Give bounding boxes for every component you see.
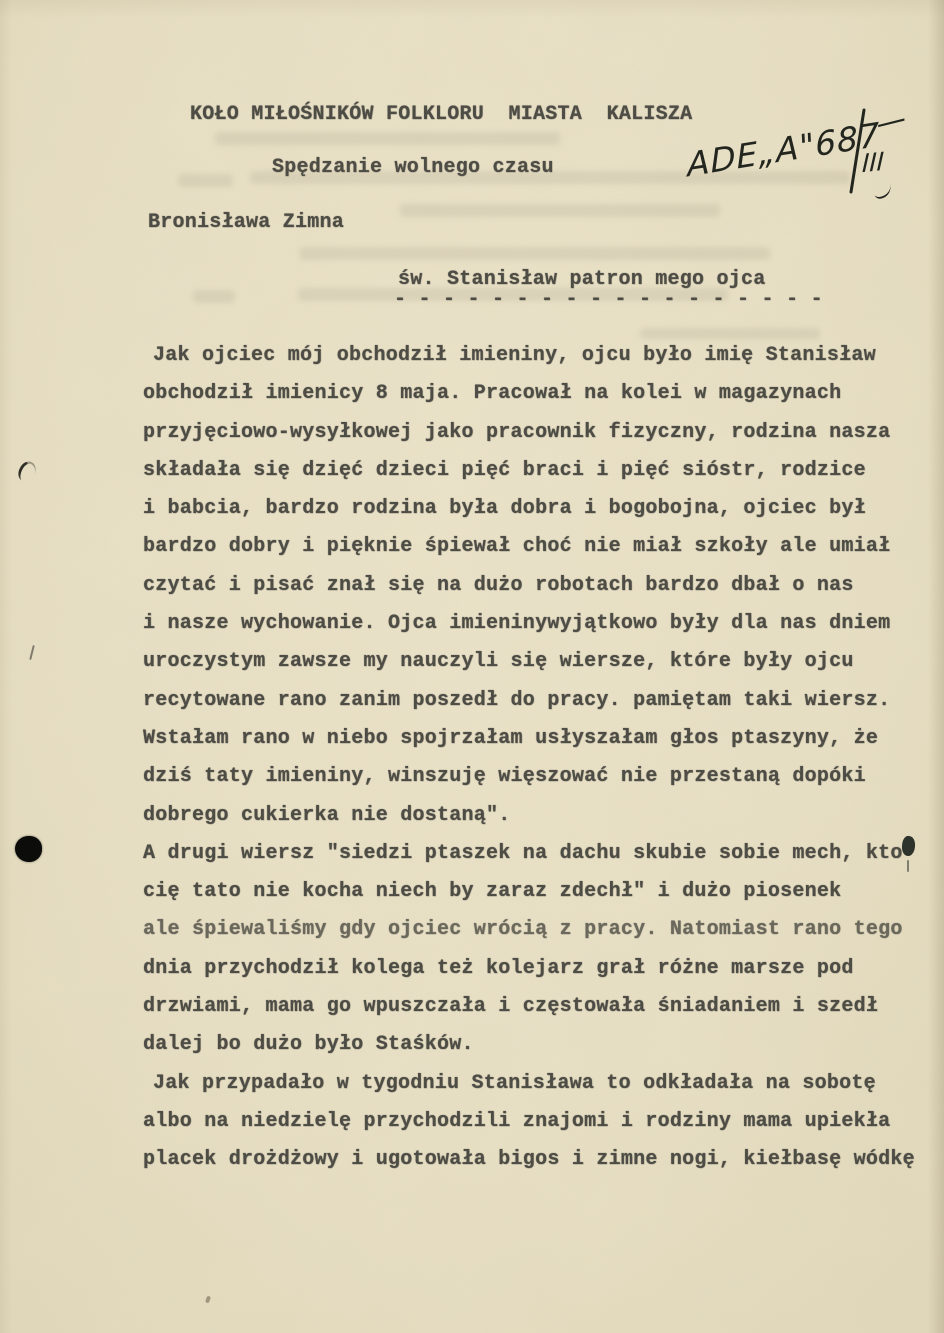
hole-punch-mark [15,836,42,862]
bleedthrough-line [400,204,720,217]
body-line: dobrego cukierka nie dostaną". [143,804,511,828]
body-line: drzwiami, mama go wpuszczała i częstował… [143,995,878,1019]
body-line: i nasze wychowanie. Ojca imieninywyjątko… [143,612,890,636]
scanned-document-page: KOŁO MIŁOŚNIKÓW FOLKLORU MIASTA KALISZA … [0,0,944,1333]
document-subheader: Spędzanie wolnego czasu [272,156,554,180]
body-line: przyjęciowo-wysyłkowej jako pracownik fi… [143,421,890,445]
bleedthrough-line [193,290,235,303]
body-line: recytowane rano zanim poszedł do pracy. … [143,689,890,713]
annotation-fraction-bottom: III [862,147,885,179]
bleedthrough-line [640,328,820,339]
body-line: placek drożdżowy i ugotowała bigos i zim… [143,1148,915,1172]
body-line: A drugi wiersz "siedzi ptaszek na dachu … [143,842,903,866]
body-line: ale śpiewaliśmy gdy ojciec wrócią z prac… [143,918,903,942]
body-line: Jak przypadało w tygodniu Stanisława to … [143,1072,876,1096]
author-name: Bronisława Zimna [148,211,344,235]
body-line: albo na niedzielę przychodzili znajomi i… [143,1110,890,1134]
margin-tick-mark [29,645,35,660]
body-line: bardzo dobry i pięknie śpiewał choć nie … [143,535,890,559]
body-line: Wstałam rano w niebo spojrzałam usłyszał… [143,727,878,751]
body-line: składała się dzięć dzieci pięć braci i p… [143,459,866,483]
body-line: dalej bo dużo było Staśków. [143,1033,474,1057]
document-header: KOŁO MIŁOŚNIKÓW FOLKLORU MIASTA KALISZA [190,103,692,127]
body-line: uroczystym zawsze my nauczyli się wiersz… [143,650,854,674]
body-line: Jak ojciec mój obchodził imieniny, ojcu … [143,344,876,368]
body-line: obchodził imienicy 8 maja. Pracował na k… [143,382,841,406]
bleedthrough-line [178,174,233,187]
ink-blot-tail [907,860,909,872]
body-line: dziś taty imieniny, winszuję więszować n… [143,765,866,789]
title-underline: - - - - - - - - - - - - - - - - - - [394,288,823,312]
body-line: cię tato nie kocha niech by zaraz zdechł… [143,880,841,904]
ink-blot [901,835,916,856]
paper-speck [205,1296,211,1304]
body-line: czytać i pisać znał się na dużo robotach… [143,574,854,598]
body-line: i babcia, bardzo rodzina była dobra i bo… [143,497,866,521]
bleedthrough-line [215,132,560,145]
crescent-mark [15,458,39,484]
annotation-underline-curl [873,184,893,200]
bleedthrough-line [300,247,770,260]
body-line: dnia przychodził kolega też kolejarz gra… [143,957,854,981]
handwritten-annotation: ADE„A"687 — III [686,108,931,218]
